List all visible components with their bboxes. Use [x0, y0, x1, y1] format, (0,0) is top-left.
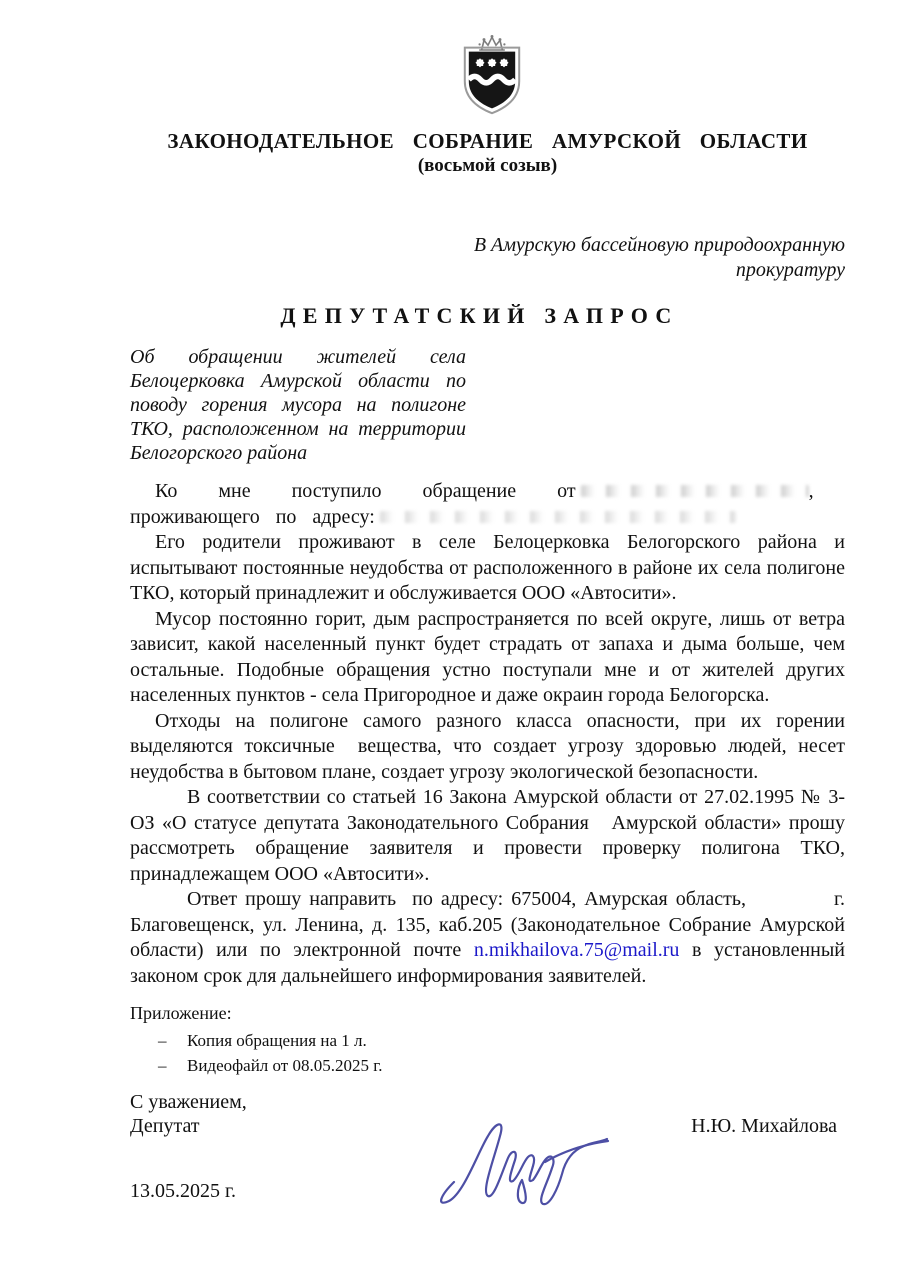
- signatory-name: Н.Ю. Михайлова: [691, 1114, 845, 1138]
- redacted-applicant-name: [581, 485, 809, 497]
- attachment-item: – Копия обращения на 1 л.: [158, 1028, 845, 1053]
- org-name: ЗАКОНОДАТЕЛЬНОЕ СОБРАНИЕ АМУРСКОЙ ОБЛАСТ…: [130, 129, 845, 154]
- document-page: ЗАКОНОДАТЕЛЬНОЕ СОБРАНИЕ АМУРСКОЙ ОБЛАСТ…: [0, 0, 905, 1280]
- amur-oblast-coat-of-arms-icon: [444, 33, 540, 123]
- convocation: (восьмой созыв): [130, 155, 845, 177]
- attachments-label: Приложение:: [130, 1002, 845, 1025]
- attachment-text: Копия обращения на 1 л.: [187, 1028, 367, 1053]
- handwritten-signature-icon: [426, 1104, 611, 1209]
- attachment-text: Видеофайл от 08.05.2025 г.: [187, 1053, 383, 1078]
- paragraph: Отходы на полигоне самого разного класса…: [130, 709, 845, 786]
- letterhead: ЗАКОНОДАТЕЛЬНОЕ СОБРАНИЕ АМУРСКОЙ ОБЛАСТ…: [130, 33, 845, 177]
- document-title: ДЕПУТАТСКИЙ ЗАПРОС: [122, 303, 837, 329]
- body-text: Ко мне поступило обращение от , проживаю…: [130, 479, 845, 989]
- dash-marker: –: [158, 1028, 172, 1053]
- signatory-position: Депутат: [130, 1114, 247, 1138]
- comma: ,: [809, 480, 814, 502]
- attachment-item: – Видеофайл от 08.05.2025 г.: [158, 1053, 845, 1078]
- redacted-applicant-address: [380, 511, 736, 523]
- dash-marker: –: [158, 1053, 172, 1078]
- intro-paragraph: Ко мне поступило обращение от , проживаю…: [130, 479, 845, 530]
- address-label: проживающего по адресу:: [130, 506, 375, 528]
- subject-annotation: Об обращении жителей села Белоцерковка А…: [130, 345, 466, 465]
- paragraph: Мусор постоянно горит, дым распространяе…: [130, 607, 845, 709]
- email-link[interactable]: n.mikhailova.75@mail.ru: [474, 939, 680, 961]
- intro-text: Ко мне поступило обращение от: [155, 480, 576, 502]
- attachments-section: Приложение: – Копия обращения на 1 л. – …: [130, 1002, 845, 1078]
- paragraph: В соответствии со статьей 16 Закона Амур…: [130, 785, 845, 887]
- paragraph: Его родители проживают в селе Белоцерков…: [130, 530, 845, 607]
- salutation: С уважением,: [130, 1090, 247, 1114]
- stars-icon: [475, 58, 508, 67]
- addressee: В Амурскую бассейновую природоохранную п…: [415, 233, 845, 283]
- reply-paragraph: Ответ прошу направить по адресу: 675004,…: [130, 887, 845, 989]
